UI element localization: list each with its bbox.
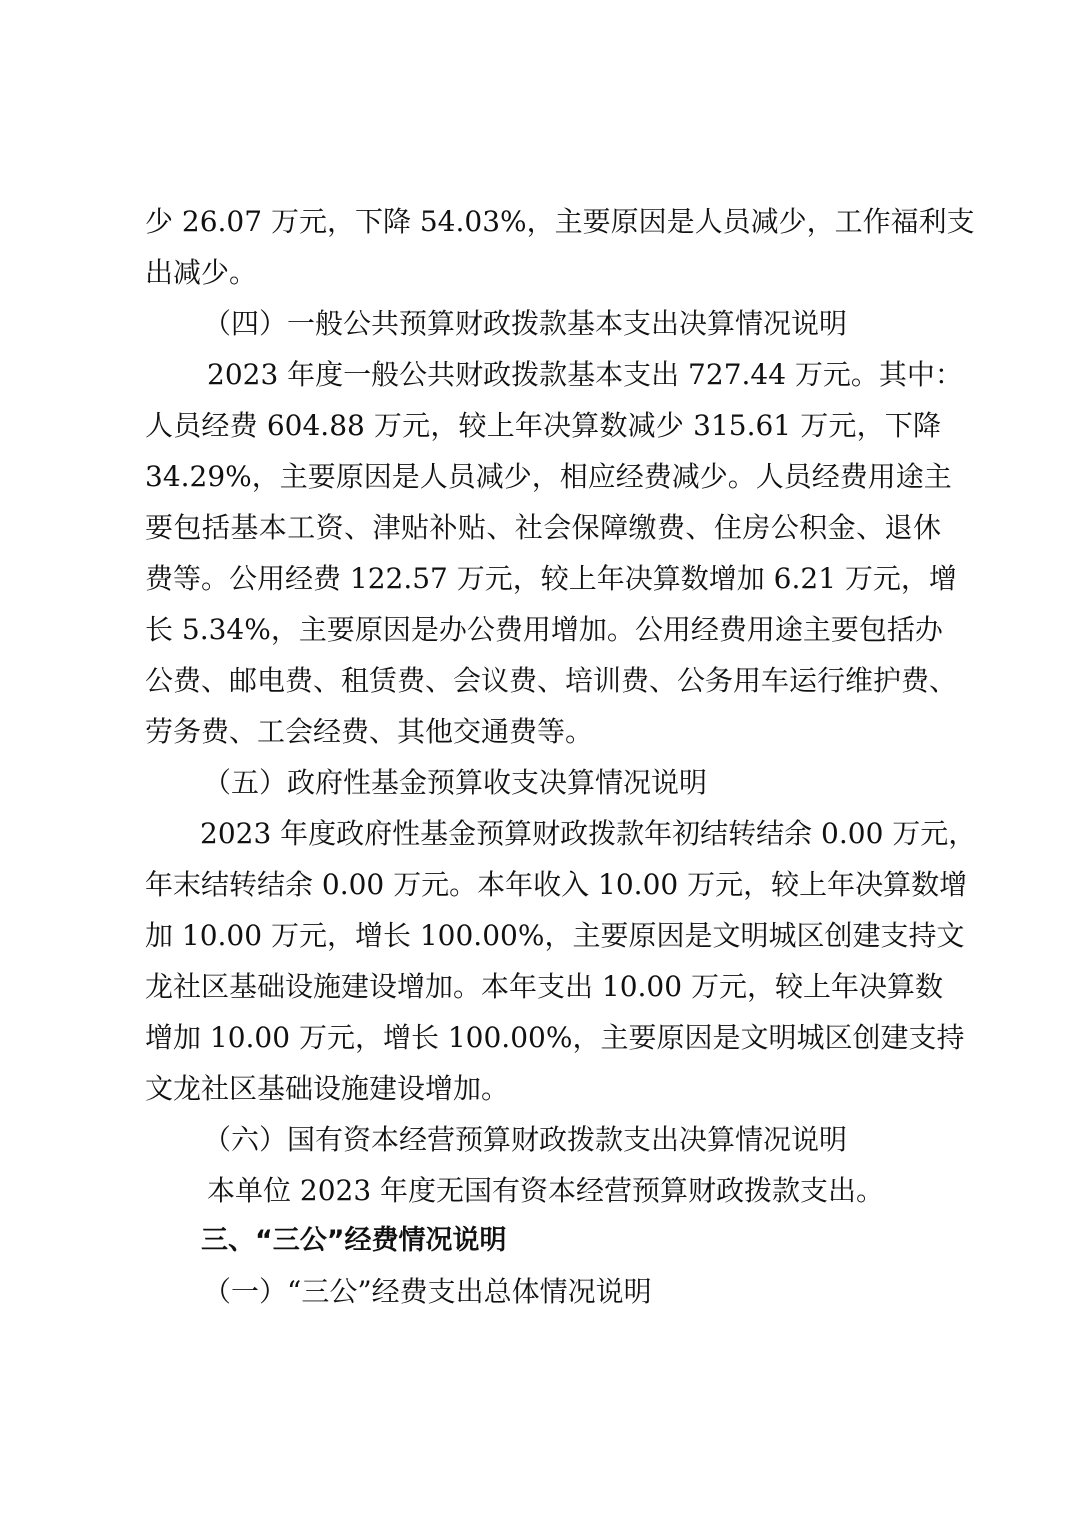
- paragraph-line: 劳务费、工会经费、其他交通费等。: [145, 712, 941, 752]
- paragraph-line: 2023 年度一般公共财政拨款基本支出 727.44 万元。其中：: [207, 355, 941, 395]
- subheading-section-6: （六）国有资本经营预算财政拨款支出决算情况说明: [203, 1120, 999, 1160]
- paragraph-line: 长 5.34%，主要原因是办公费用增加。公用经费用途主要包括办: [145, 610, 941, 650]
- paragraph-line: 龙社区基础设施建设增加。本年支出 10.00 万元，较上年决算数: [145, 967, 941, 1007]
- paragraph-line: 文龙社区基础设施建设增加。: [145, 1069, 941, 1109]
- subheading-section-4: （四）一般公共预算财政拨款基本支出决算情况说明: [203, 304, 999, 344]
- paragraph-line: 费等。公用经费 122.57 万元，较上年决算数增加 6.21 万元，增: [145, 559, 941, 599]
- subheading-section-5: （五）政府性基金预算收支决算情况说明: [203, 763, 999, 803]
- paragraph-line: 年末结转结余 0.00 万元。本年收入 10.00 万元，较上年决算数增: [145, 865, 941, 905]
- paragraph-line: 34.29%，主要原因是人员减少，相应经费减少。人员经费用途主: [145, 457, 941, 497]
- section-heading-three-public: 三、“三公”经费情况说明: [201, 1221, 997, 1261]
- paragraph-line: 加 10.00 万元，增长 100.00%，主要原因是文明城区创建支持文: [145, 916, 941, 956]
- paragraph-line: 出减少。: [145, 253, 941, 293]
- subheading-three-public-overview: （一）“三公”经费支出总体情况说明: [203, 1272, 999, 1312]
- paragraph-line: 人员经费 604.88 万元，较上年决算数减少 315.61 万元，下降: [145, 406, 941, 446]
- paragraph-line: 要包括基本工资、津贴补贴、社会保障缴费、住房公积金、退休: [145, 508, 941, 548]
- paragraph-line: 本单位 2023 年度无国有资本经营预算财政拨款支出。: [207, 1171, 1003, 1211]
- document-page: 少 26.07 万元，下降 54.03%，主要原因是人员减少，工作福利支 出减少…: [0, 0, 1074, 1520]
- paragraph-line: 增加 10.00 万元，增长 100.00%，主要原因是文明城区创建支持: [145, 1018, 941, 1058]
- paragraph-line: 少 26.07 万元，下降 54.03%，主要原因是人员减少，工作福利支: [145, 202, 941, 242]
- paragraph-line: 2023 年度政府性基金预算财政拨款年初结转结余 0.00 万元，: [200, 814, 941, 854]
- paragraph-line: 公费、邮电费、租赁费、会议费、培训费、公务用车运行维护费、: [145, 661, 941, 701]
